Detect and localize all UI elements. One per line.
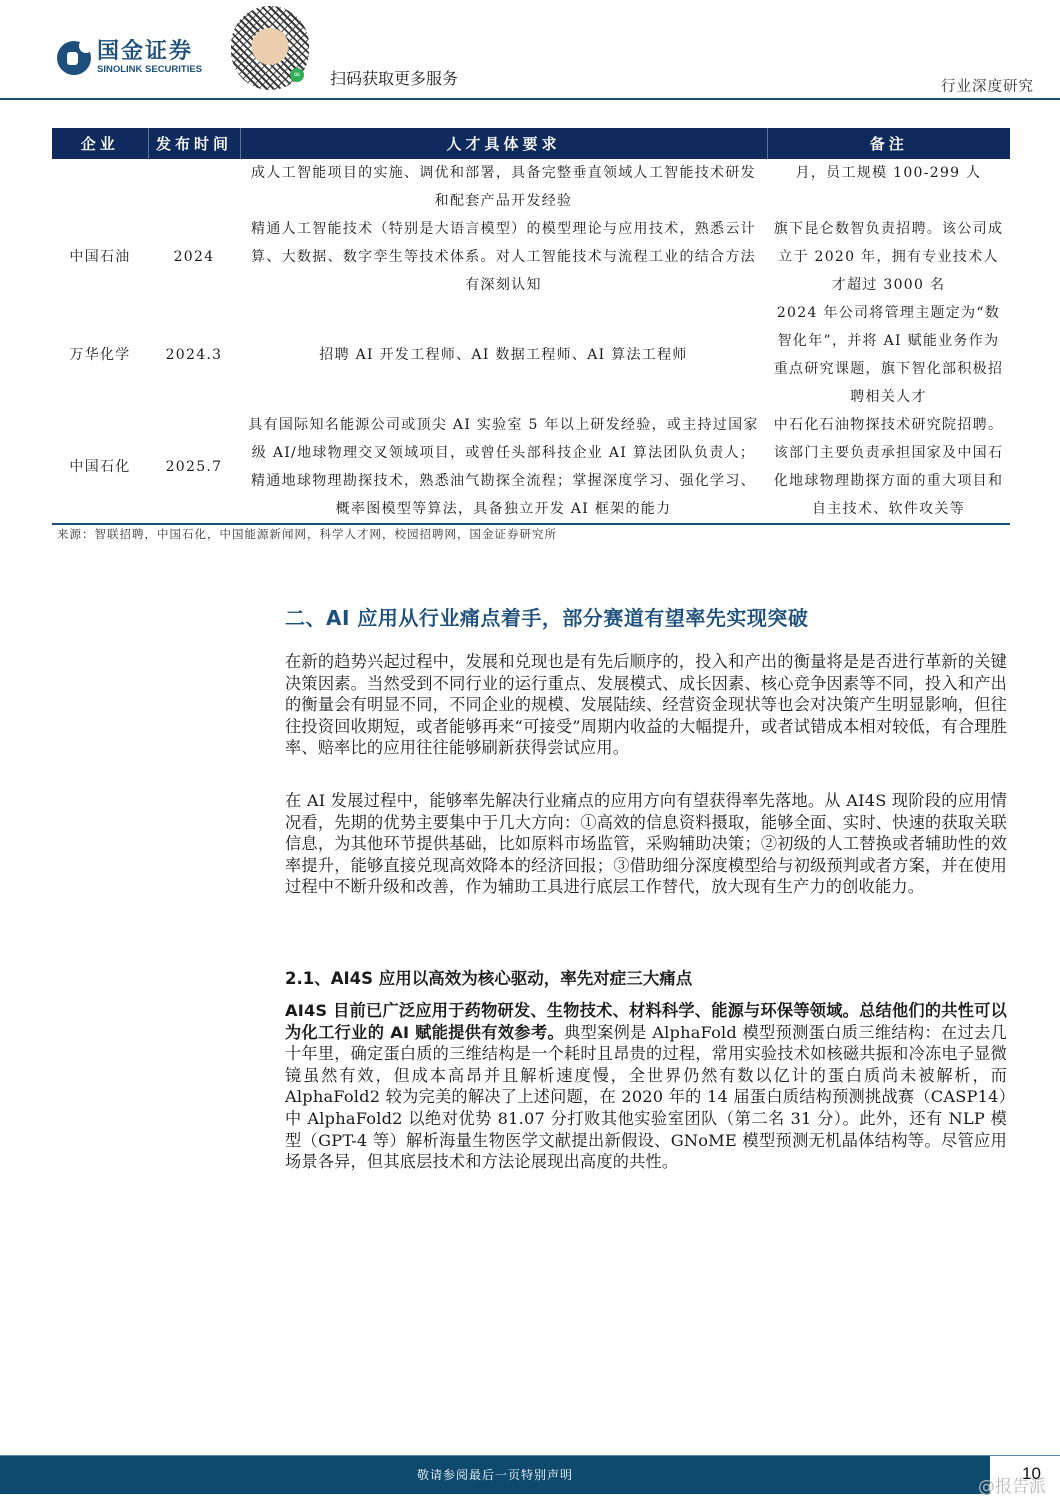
- cell-note: 旗下昆仑数智负责招聘。该公司成立于 2020 年，拥有专业技术人才超过 3000…: [767, 215, 1010, 299]
- cell-requirement: 精通人工智能技术（特别是大语言模型）的模型理论与应用技术，熟悉云计算、大数据、数…: [240, 215, 767, 299]
- page-header: 国金证券 SINOLINK SECURITIES ∞ 扫码获取更多服务 行业深度…: [0, 0, 1060, 100]
- header-divider: [0, 98, 1060, 100]
- table-row: 中国石油 2024 精通人工智能技术（特别是大语言模型）的模型理论与应用技术，熟…: [52, 215, 1010, 299]
- watermark: @报告派: [978, 1472, 1046, 1497]
- cell-requirement: 具有国际知名能源公司或顶尖 AI 实验室 5 年以上研发经验，或主持过国家级 A…: [240, 411, 767, 524]
- scan-for-services-text: 扫码获取更多服务: [330, 66, 458, 89]
- cell-company: 中国石化: [52, 411, 148, 524]
- section-paragraph-1: 在新的趋势兴起过程中，发展和兑现也是有先后顺序的，投入和产出的衡量将是是否进行革…: [285, 651, 1007, 759]
- cell-date: 2025.7: [148, 411, 240, 524]
- column-header-note: 备注: [767, 128, 1010, 159]
- table-source-note: 来源：智联招聘，中国石化，中国能源新闻网，科学人才网，校园招聘网，国金证券研究所: [57, 526, 557, 542]
- column-header-date: 发布时间: [148, 128, 240, 159]
- subsection-body-text: 典型案例是 AlphaFold 模型预测蛋白质三维结构：在过去几十年里，确定蛋白…: [285, 1023, 1007, 1172]
- section-title: 二、AI 应用从行业痛点着手，部分赛道有望率先实现突破: [285, 602, 1007, 631]
- mini-program-icon: ∞: [290, 68, 304, 82]
- column-header-requirement: 人才具体要求: [240, 128, 767, 159]
- table-row: 万华化学 2024.3 招聘 AI 开发工程师、AI 数据工程师、AI 算法工程…: [52, 299, 1010, 411]
- section-paragraph-2: 在 AI 发展过程中，能够率先解决行业痛点的应用方向有望获得率先落地。从 AI4…: [285, 790, 1007, 898]
- logo-english-name: SINOLINK SECURITIES: [97, 64, 202, 75]
- table-row: 成人工智能项目的实施、调优和部署，具备完整垂直领域人工智能技术研发和配套产品开发…: [52, 159, 1010, 215]
- table-row: 中国石化 2025.7 具有国际知名能源公司或顶尖 AI 实验室 5 年以上研发…: [52, 411, 1010, 524]
- report-type-label: 行业深度研究: [941, 75, 1034, 96]
- cell-note: 月，员工规模 100-299 人: [767, 159, 1010, 215]
- logo-chinese-name: 国金证券: [97, 40, 202, 64]
- cell-company: 中国石油: [52, 215, 148, 299]
- sinolink-logo: 国金证券 SINOLINK SECURITIES: [57, 40, 202, 75]
- cell-note: 中石化石油物探技术研究院招聘。该部门主要负责承担国家及中国石化地球物理勘探方面的…: [767, 411, 1010, 524]
- column-header-company: 企业: [52, 128, 148, 159]
- cell-company: 万华化学: [52, 299, 148, 411]
- subsection-title: 2.1、AI4S 应用以高效为核心驱动，率先对症三大痛点: [285, 965, 1007, 989]
- cell-date: 2024.3: [148, 299, 240, 411]
- cell-requirement: 招聘 AI 开发工程师、AI 数据工程师、AI 算法工程师: [240, 299, 767, 411]
- footer-disclaimer-bar: 敬请参阅最后一页特别声明: [0, 1456, 990, 1494]
- table-header-row: 企业 发布时间 人才具体要求 备注: [52, 128, 1010, 159]
- sinolink-logo-icon: [57, 41, 91, 75]
- cell-requirement: 成人工智能项目的实施、调优和部署，具备完整垂直领域人工智能技术研发和配套产品开发…: [240, 159, 767, 215]
- cell-company: [52, 159, 148, 215]
- talent-requirements-table: 企业 发布时间 人才具体要求 备注 成人工智能项目的实施、调优和部署，具备完整垂…: [52, 128, 1010, 525]
- cell-date: 2024: [148, 215, 240, 299]
- cell-date: [148, 159, 240, 215]
- subsection-paragraph: AI4S 目前已广泛应用于药物研发、生物技术、材料科学、能源与环保等领域。总结他…: [285, 1000, 1007, 1173]
- cell-note: 2024 年公司将管理主题定为“数智化年”，并将 AI 赋能业务作为重点研究课题…: [767, 299, 1010, 411]
